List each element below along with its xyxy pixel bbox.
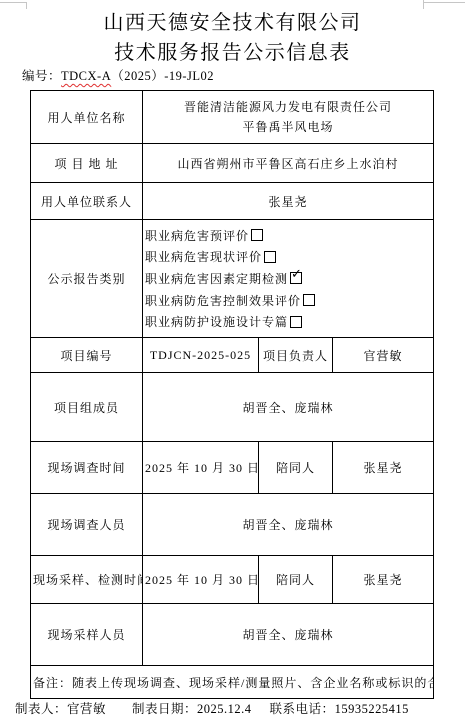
team-value: 胡晋全、庞瑞林 xyxy=(143,373,434,442)
phone-value: 15935225415 xyxy=(335,702,409,717)
contact-value: 张星尧 xyxy=(143,183,434,220)
table-row-team: 项目组成员 胡晋全、庞瑞林 xyxy=(31,373,434,442)
survey-staff-label: 现场调查人员 xyxy=(31,494,143,556)
sampling-escort-value: 张星尧 xyxy=(333,556,434,604)
report-type-option-protective-design: 职业病防护设施设计专篇 xyxy=(145,313,431,330)
doc-number-line: 编号：TDCX-A（2025）-19-JL02 xyxy=(22,66,214,84)
project-leader-label: 项目负责人 xyxy=(259,338,333,373)
survey-staff-value: 胡晋全、庞瑞林 xyxy=(143,494,434,556)
table-row-survey-staff: 现场调查人员 胡晋全、庞瑞林 xyxy=(31,494,434,556)
table-row-survey-time: 现场调查时间 2025 年 10 月 30 日 陪同人 张星尧 xyxy=(31,442,434,494)
project-leader-value: 官营敏 xyxy=(333,338,434,373)
crop-mark-top-right-h xyxy=(423,2,465,3)
report-type-option-status-evaluation: 职业病危害现状评价 xyxy=(145,248,431,265)
page-title-line2: 技术服务报告公示信息表 xyxy=(0,36,465,65)
table-row-sampling-time: 现场采样、检测时间 2025 年 10 月 30 日 陪同人 张星尧 xyxy=(31,556,434,604)
report-type-option-control-effect: 职业病防危害控制效果评价 xyxy=(145,292,431,309)
table-row-project-no: 项目编号 TDJCN-2025-025 项目负责人 官营敏 xyxy=(31,338,434,373)
crop-mark-top-left-h xyxy=(0,2,27,3)
option-label: 职业病危害因素定期检测 xyxy=(145,270,288,287)
remark-text: 备注：随表上传现场调查、现场采样/测量照片、含企业名称或标识的合影照片 xyxy=(31,666,434,699)
option-label: 职业病防护设施设计专篇 xyxy=(145,313,288,330)
option-label: 职业病危害现状评价 xyxy=(145,248,262,265)
report-type-option-periodic-detection: 职业病危害因素定期检测✓ xyxy=(145,270,431,287)
option-label: 职业病防危害控制效果评价 xyxy=(145,292,301,309)
survey-escort-value: 张星尧 xyxy=(333,442,434,494)
sampling-staff-label: 现场采样人员 xyxy=(31,604,143,666)
contact-label: 用人单位联系人 xyxy=(31,183,143,220)
footer-line: 制表人：官营敏制表日期：2025.12.4联系电话：15935225415 xyxy=(15,699,409,717)
checkbox-checked-icon: ✓ xyxy=(290,272,302,284)
doc-number-code-rest: （2025）-19-JL02 xyxy=(111,69,214,83)
doc-number-code: TDCX-A xyxy=(61,69,111,83)
table-row-address: 项 目 地 址 山西省朔州市平鲁区高石庄乡上水泊村 xyxy=(31,144,434,183)
made-date-value: 2025.12.4 xyxy=(197,702,252,717)
option-label: 职业病危害预评价 xyxy=(145,227,249,244)
team-label: 项目组成员 xyxy=(31,373,143,442)
maker-name: 官营敏 xyxy=(67,699,106,717)
doc-number-label: 编号： xyxy=(22,69,61,83)
table-row-report-type: 公示报告类别 职业病危害预评价 职业病危害现状评价 职业病危害因素定期检测✓ 职… xyxy=(31,220,434,338)
checkbox-icon xyxy=(290,316,302,328)
table-row-sampling-staff: 现场采样人员 胡晋全、庞瑞林 xyxy=(31,604,434,666)
checkbox-icon xyxy=(251,229,263,241)
sampling-staff-value: 胡晋全、庞瑞林 xyxy=(143,604,434,666)
report-type-label: 公示报告类别 xyxy=(31,220,143,338)
checkbox-icon xyxy=(264,251,276,263)
project-no-value: TDJCN-2025-025 xyxy=(143,338,259,373)
table-row-employer: 用人单位名称 晋能清洁能源风力发电有限责任公司 平鲁禹半风电场 xyxy=(31,91,434,144)
phone-label: 联系电话： xyxy=(270,699,335,717)
report-type-option-pre-evaluation: 职业病危害预评价 xyxy=(145,227,431,244)
checkbox-icon xyxy=(303,294,315,306)
made-date-label: 制表日期： xyxy=(132,699,197,717)
employer-value: 晋能清洁能源风力发电有限责任公司 平鲁禹半风电场 xyxy=(143,91,434,144)
maker-label: 制表人： xyxy=(15,699,67,717)
survey-escort-label: 陪同人 xyxy=(259,442,333,494)
report-type-options: 职业病危害预评价 职业病危害现状评价 职业病危害因素定期检测✓ 职业病防危害控制… xyxy=(143,220,434,338)
project-no-label: 项目编号 xyxy=(31,338,143,373)
employer-company-name: 晋能清洁能源风力发电有限责任公司 xyxy=(145,97,431,117)
address-label: 项 目 地 址 xyxy=(31,144,143,183)
table-row-remark: 备注：随表上传现场调查、现场采样/测量照片、含企业名称或标识的合影照片 xyxy=(31,666,434,699)
survey-time-label: 现场调查时间 xyxy=(31,442,143,494)
table-row-contact: 用人单位联系人 张星尧 xyxy=(31,183,434,220)
sampling-escort-label: 陪同人 xyxy=(259,556,333,604)
employer-windfarm-name: 平鲁禹半风电场 xyxy=(145,117,431,137)
employer-label: 用人单位名称 xyxy=(31,91,143,144)
report-info-table: 用人单位名称 晋能清洁能源风力发电有限责任公司 平鲁禹半风电场 项 目 地 址 … xyxy=(30,90,434,699)
sampling-time-label: 现场采样、检测时间 xyxy=(31,556,143,604)
address-value: 山西省朔州市平鲁区高石庄乡上水泊村 xyxy=(143,144,434,183)
document-page: 山西天德安全技术有限公司 技术服务报告公示信息表 编号：TDCX-A（2025）… xyxy=(0,0,465,721)
page-title-line1: 山西天德安全技术有限公司 xyxy=(0,6,465,35)
survey-time-value: 2025 年 10 月 30 日 xyxy=(143,442,259,494)
sampling-time-value: 2025 年 10 月 30 日 xyxy=(143,556,259,604)
